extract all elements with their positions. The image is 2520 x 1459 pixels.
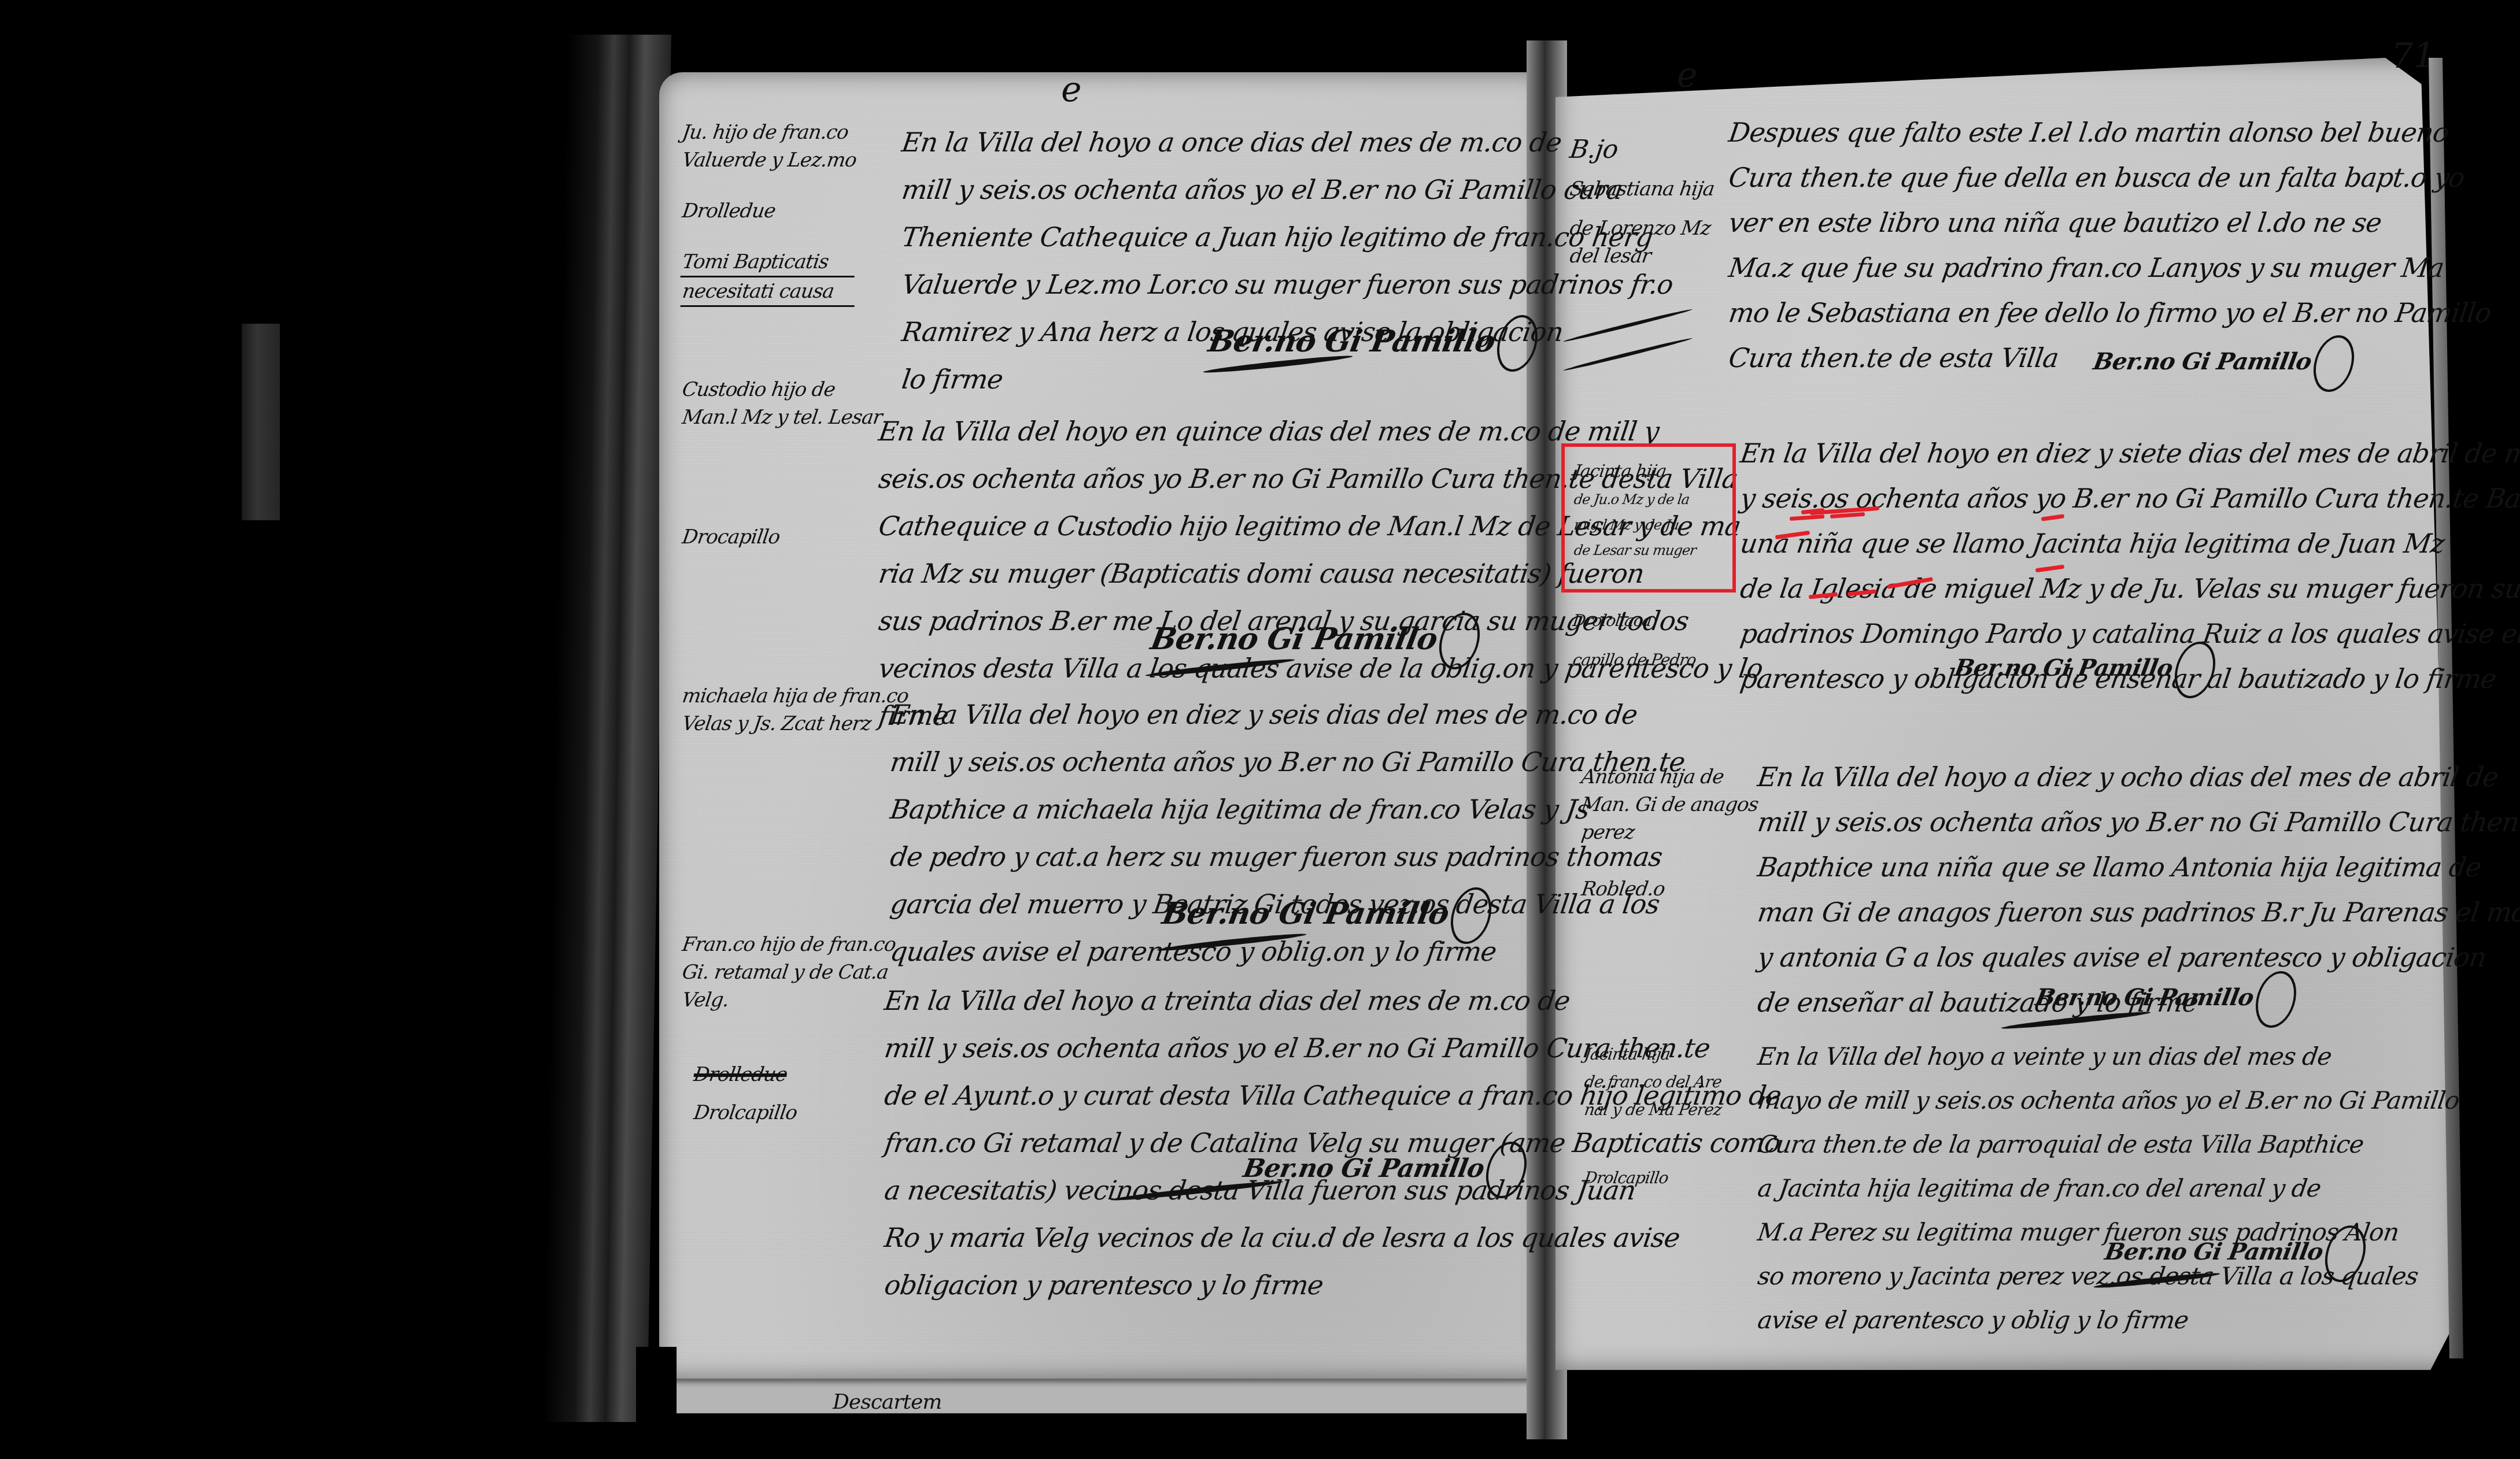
margin-note-right-entry-3: Antonia hija de Man. Gi de anagos perez … (1582, 763, 1758, 903)
bottom-edge-text: Descartem (833, 1390, 941, 1414)
page-number: 71 (2391, 36, 2435, 76)
signature-entry-4: Ber.no Gi Pamillo (1238, 1142, 1531, 1198)
signature-right-entry-4: Ber.no Gi Pamillo (2100, 1225, 2370, 1282)
margin-note-entry-3: michaela hija de fran.co Velas y Js. Zca… (682, 682, 908, 738)
signature-right-entry-1: Ber.no Gi Pamillo (2088, 335, 2358, 392)
header-mark-right: e (1677, 55, 1698, 95)
book-binding (543, 35, 671, 1422)
signature-entry-3: Ber.no Gi Pamillo (1157, 887, 1495, 944)
signature-right-entry-2: Ber.no Gi Pamillo (1949, 642, 2219, 698)
margin-note-entry-4b: Drolledue Drolcapillo (694, 1061, 797, 1127)
bottom-shadow (636, 1347, 677, 1459)
margin-note-right-entry-4: Jacinta hija de fran.co del Are nal y de… (1584, 1040, 1721, 1192)
margin-note-entry-2b: Drocapillo (682, 523, 779, 551)
margin-note-entry-2: Custodio hijo de Man.l Mz y tel. Lesar (682, 376, 882, 431)
signature-entry-1: Ber.no Gi Pamillo (1203, 315, 1542, 372)
margin-note-entry-4: Fran.co hijo de fran.co Gi. retamal y de… (682, 931, 896, 1014)
header-mark-left: e (1061, 69, 1082, 110)
margin-note-right-entry-2b: Drolollaca capillo de Pedro (1573, 607, 1696, 674)
book-spine-strip (242, 324, 280, 520)
margin-note-right-entry-1: B.jo Sebastiana hija de Lorenzo Mz del l… (1570, 136, 1714, 270)
baptism-entry-right-4: En la Villa del hoyo a veinte y un dias … (1758, 1035, 2459, 1342)
left-page-bottom-edge (671, 1379, 1532, 1413)
margin-note-entry-1: Ju. hijo de fran.co Valuerde y Lez.mo Dr… (682, 119, 856, 307)
signature-entry-2: Ber.no Gi Pamillo (1146, 613, 1484, 669)
highlight-box-jacinta (1561, 443, 1736, 593)
